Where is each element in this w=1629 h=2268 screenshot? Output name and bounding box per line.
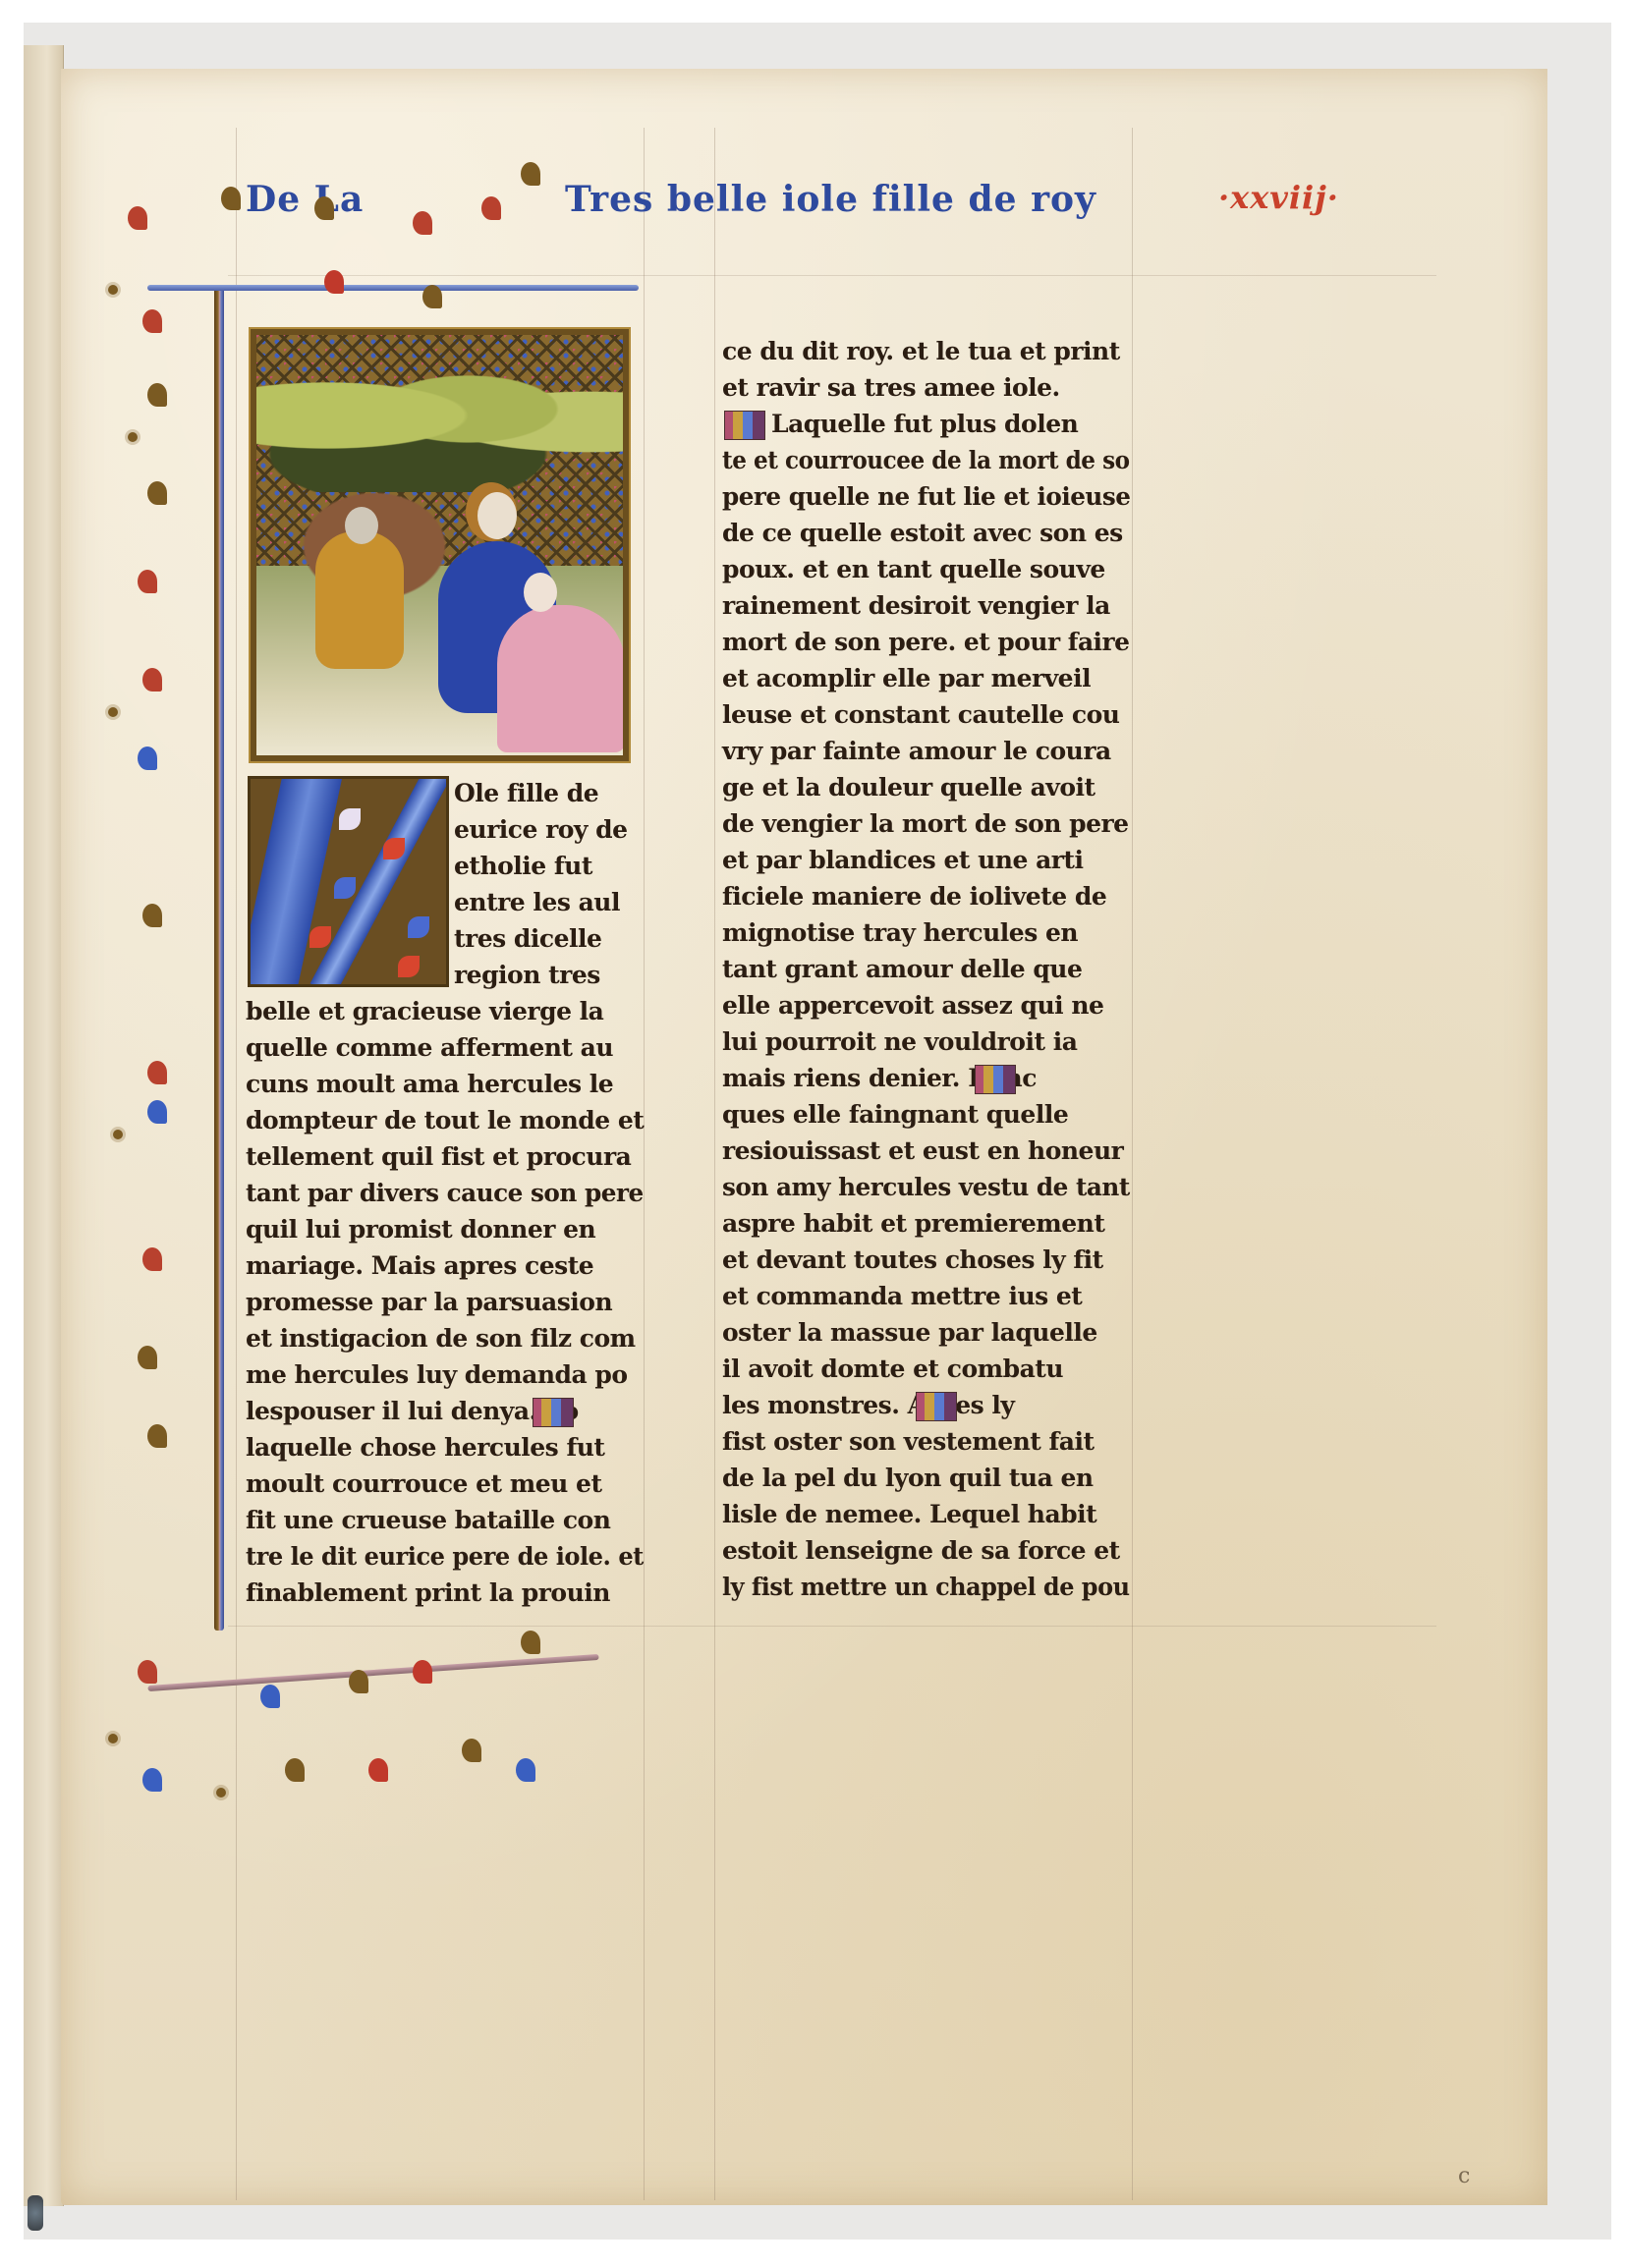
- border-bar: [214, 285, 224, 1631]
- ruling-line: [644, 128, 645, 2200]
- text-line: laquelle chose hercules fut: [246, 1430, 604, 1466]
- decorated-initial: I: [248, 776, 449, 987]
- dot-ornament-icon: [108, 1734, 118, 1743]
- chapter-heading: De La Tres belle iole fille de roy ·xxvi…: [0, 177, 1629, 236]
- text-line: oster la massue par laquelle: [722, 1315, 1097, 1351]
- leaf-ornament-icon: [142, 309, 162, 333]
- minor-initial-icon: [724, 411, 765, 440]
- ruling-line: [236, 128, 237, 2200]
- leaf-ornament-icon: [422, 285, 442, 308]
- text-line: cuns moult ama hercules le: [246, 1067, 613, 1102]
- text-line: il avoit domte et combatu: [722, 1352, 1063, 1387]
- initial-letter: I: [251, 779, 446, 984]
- ruling-line: [228, 1626, 1436, 1627]
- leaf-ornament-icon: [138, 1346, 157, 1369]
- leaf-ornament-icon: [349, 1670, 368, 1693]
- dot-ornament-icon: [108, 707, 118, 717]
- minor-initial-icon: [533, 1398, 574, 1427]
- text-line: ques elle faingnant quelle: [722, 1097, 1068, 1133]
- miniature-illustration: [251, 329, 629, 761]
- text-line: tre le dit eurice pere de iole. et: [246, 1539, 644, 1575]
- text-line: quelle comme afferment au: [246, 1030, 613, 1066]
- heading-part: Tres belle iole fille de roy: [565, 179, 1096, 220]
- text-line: rainement desiroit vengier la: [722, 588, 1110, 624]
- leaf-ornament-icon: [138, 747, 157, 770]
- leaf-ornament-icon: [521, 1631, 540, 1654]
- text-line: fit une crueuse bataille con: [246, 1503, 610, 1538]
- text-line: etholie fut: [454, 849, 592, 884]
- quire-mark: c: [1458, 2164, 1470, 2188]
- leaf-ornament-icon: [314, 196, 334, 220]
- text-line: poux. et en tant quelle souve: [722, 552, 1105, 587]
- text-line: mignotise tray hercules en: [722, 915, 1078, 951]
- figure-old-man: [315, 531, 404, 669]
- text-line: me hercules luy demanda po: [246, 1357, 628, 1393]
- text-line: et instigacion de son filz com: [246, 1321, 636, 1356]
- text-line: et commanda mettre ius et: [722, 1279, 1082, 1314]
- leaf-ornament-icon: [147, 1100, 167, 1124]
- text-line: eurice roy de: [454, 812, 628, 848]
- leaf-ornament-icon: [147, 481, 167, 505]
- text-line: et par blandices et une arti: [722, 843, 1083, 878]
- leaf-ornament-icon: [138, 1660, 157, 1684]
- text-line: tant grant amour delle que: [722, 952, 1082, 987]
- text-line: aspre habit et premierement: [722, 1206, 1104, 1242]
- dot-ornament-icon: [113, 1130, 123, 1139]
- figure-woman-blue-head: [477, 492, 517, 539]
- text-line: leuse et constant cautelle cou: [722, 697, 1119, 733]
- leaf-ornament-icon: [368, 1758, 388, 1782]
- text-line: ly fist mettre un chappel de pou: [722, 1570, 1130, 1605]
- text-line: lisle de nemee. Lequel habit: [722, 1497, 1096, 1532]
- text-line: et ravir sa tres amee iole.: [722, 370, 1060, 406]
- leaf-ornament-icon: [413, 1660, 432, 1684]
- heading-part: De La: [246, 179, 364, 220]
- text-line: et acomplir elle par merveil: [722, 661, 1091, 696]
- leaf-ornament-icon: [516, 1758, 535, 1782]
- text-line: ficiele maniere de iolivete de: [722, 879, 1106, 914]
- dot-ornament-icon: [216, 1788, 226, 1798]
- text-line: lespouser il lui denya. Po: [246, 1394, 579, 1429]
- folio-number: ·xxviij·: [1218, 179, 1339, 216]
- text-line: les monstres. Apres ly: [722, 1388, 1014, 1423]
- text-line: entre les aul: [454, 885, 620, 920]
- text-line: quil lui promist donner en: [246, 1212, 595, 1247]
- text-line: ce du dit roy. et le tua et print: [722, 334, 1120, 369]
- leaf-ornament-icon: [142, 668, 162, 691]
- text-line: de la pel du lyon quil tua en: [722, 1461, 1094, 1496]
- figure-pink-head: [524, 573, 557, 612]
- text-line: ge et la douleur quelle avoit: [722, 770, 1095, 805]
- leaf-ornament-icon: [142, 1247, 162, 1271]
- text-line: estoit lenseigne de sa force et: [722, 1533, 1120, 1569]
- text-line: Ole fille de: [454, 776, 598, 811]
- leaf-ornament-icon: [147, 383, 167, 407]
- leaf-ornament-icon: [221, 187, 241, 210]
- text-line: fist oster son vestement fait: [722, 1424, 1095, 1460]
- text-line: de ce quelle estoit avec son es: [722, 516, 1123, 551]
- text-line: de vengier la mort de son pere: [722, 806, 1129, 842]
- text-line: Laquelle fut plus dolen: [771, 407, 1078, 442]
- dot-ornament-icon: [108, 285, 118, 295]
- text-line: vry par fainte amour le coura: [722, 734, 1111, 769]
- ruling-line: [714, 128, 715, 2200]
- text-line: mort de son pere. et pour faire: [722, 625, 1129, 660]
- leaf-ornament-icon: [324, 270, 344, 294]
- text-line: mariage. Mais apres ceste: [246, 1248, 593, 1284]
- binding-clasp: [28, 2195, 43, 2231]
- leaf-ornament-icon: [128, 206, 147, 230]
- leaf-ornament-icon: [138, 570, 157, 593]
- leaf-ornament-icon: [481, 196, 501, 220]
- text-line: resiouissast et eust en honeur: [722, 1134, 1123, 1169]
- text-line: elle appercevoit assez qui ne: [722, 988, 1103, 1023]
- previous-page-edge: [24, 45, 64, 2206]
- leaf-ornament-icon: [462, 1739, 481, 1762]
- leaf-ornament-icon: [413, 211, 432, 235]
- leaf-ornament-icon: [142, 904, 162, 927]
- minor-initial-icon: [916, 1392, 957, 1421]
- leaf-ornament-icon: [147, 1061, 167, 1084]
- text-line: pere quelle ne fut lie et ioieuse: [722, 479, 1130, 515]
- text-line: son amy hercules vestu de tant: [722, 1170, 1130, 1205]
- ruling-line: [1132, 128, 1133, 2200]
- minor-initial-icon: [975, 1065, 1016, 1094]
- figure-old-man-head: [345, 507, 378, 544]
- border-vine-top: [147, 285, 639, 291]
- text-line: tant par divers cauce son pere: [246, 1176, 644, 1211]
- text-line: tres dicelle: [454, 921, 601, 957]
- text-line: finablement print la prouin: [246, 1576, 610, 1611]
- dot-ornament-icon: [128, 432, 138, 442]
- leaf-ornament-icon: [285, 1758, 305, 1782]
- text-line: lui pourroit ne vouldroit ia: [722, 1024, 1077, 1060]
- ruling-line: [228, 275, 1436, 276]
- leaf-ornament-icon: [142, 1768, 162, 1792]
- text-line: region tres: [454, 958, 600, 993]
- text-line: dompteur de tout le monde et: [246, 1103, 644, 1138]
- text-line: tellement quil fist et procura: [246, 1139, 631, 1175]
- text-line: te et courroucee de la mort de so: [722, 443, 1130, 478]
- leaf-ornament-icon: [147, 1424, 167, 1448]
- text-line: belle et gracieuse vierge la: [246, 994, 603, 1029]
- text-line: et devant toutes choses ly fit: [722, 1243, 1103, 1278]
- leaf-ornament-icon: [260, 1685, 280, 1708]
- leaf-ornament-icon: [521, 162, 540, 186]
- text-line: moult courrouce et meu et: [246, 1466, 602, 1502]
- text-line: promesse par la parsuasion: [246, 1285, 612, 1320]
- figure-pink: [497, 605, 625, 752]
